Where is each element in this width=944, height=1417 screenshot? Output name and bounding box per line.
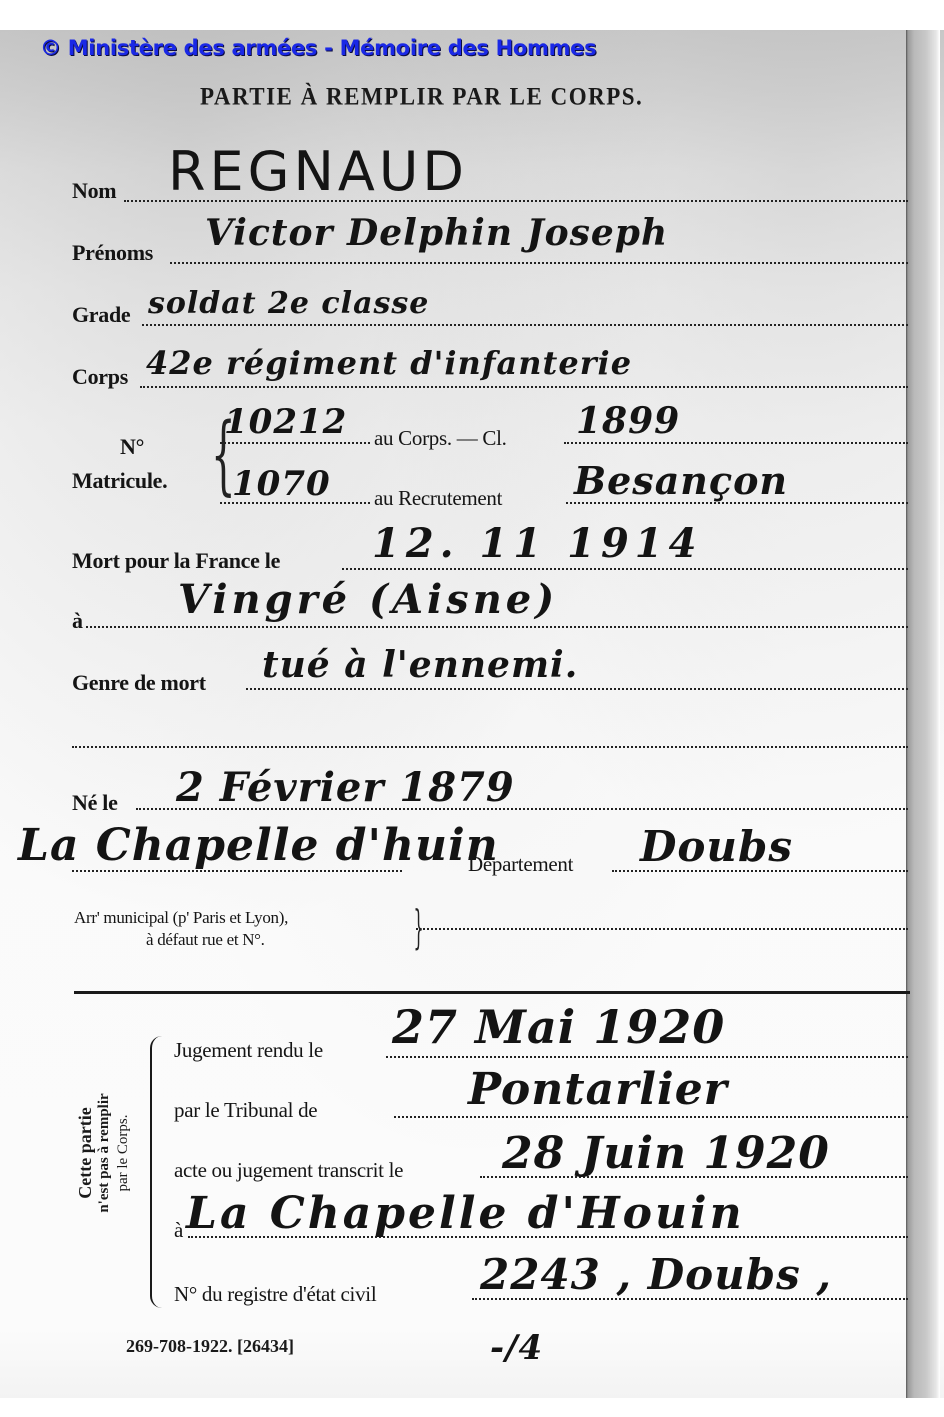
tribunal-label: par le Tribunal de [174,1098,317,1123]
side-note: Cette partie n'est pas à remplir par le … [76,1058,133,1248]
corps-number-line [220,442,370,444]
grade-value: soldat 2e classe [148,286,429,321]
death-date-line [342,568,908,570]
transcription-date-label: acte ou jugement transcrit le [174,1158,403,1183]
transcription-place-value: La Chapelle d'Houin [186,1188,745,1239]
form-header: PARTIE À REMPLIR PAR LE CORPS. [200,83,643,112]
department-label: Département [468,852,573,877]
classe-line [564,442,908,444]
tribunal-value: Pontarlier [468,1064,728,1115]
registry-label: N° du registre d'état civil [174,1282,376,1307]
death-type-label: Genre de mort [72,670,206,696]
judgment-date-label: Jugement rendu le [174,1038,323,1063]
prenoms-line [170,262,908,264]
arrondissement-label-1: Arr' municipal (p' Paris et Lyon), [74,908,288,928]
prenoms-value: Victor Delphin Joseph [205,212,668,254]
grade-label: Grade [72,302,130,328]
nom-label: Nom [72,178,116,204]
side-note-line-1: Cette partie [76,1058,95,1248]
classe-value: 1899 [576,400,680,442]
form-reference-code: 269-708-1922. [26434] [126,1336,294,1357]
nom-value: REGNAUD [168,140,468,203]
death-place-value: Vingré (Aisne) [178,576,558,623]
death-type-line [246,688,908,690]
arrondissement-label-2: à défaut rue et N°. [146,930,265,950]
corps-value: 42e régiment d'infanterie [146,344,632,382]
tribunal-line [394,1116,908,1118]
side-note-line-3: par le Corps. [114,1058,133,1248]
birth-date-value: 2 Février 1879 [176,764,515,811]
recrutement-place-value: Besançon [574,458,788,503]
page-edge [906,30,940,1398]
arrondissement-brace: } [414,904,424,950]
transcription-place-label: à [174,1218,183,1243]
birth-place-value: La Chapelle d'huin [18,820,499,871]
death-date-value: 12. 11 1914 [372,520,702,567]
corps-line [140,386,908,388]
grade-line [142,324,908,326]
corps-class-label: au Corps. — Cl. [374,426,507,451]
registry-value: 2243 , Doubs , [480,1250,832,1299]
matricule-label: Matricule. [72,468,167,494]
death-place-line [86,626,908,628]
section-divider [74,991,910,994]
handwritten-annotation: -/4 [490,1328,543,1368]
blank-line [72,746,908,748]
transcription-date-value: 28 Juin 1920 [502,1128,830,1179]
judgment-date-line [386,1056,908,1058]
death-type-value: tué à l'ennemi. [262,644,578,686]
birth-date-label: Né le [72,790,118,816]
death-date-label: Mort pour la France le [72,548,280,574]
judgment-brace [150,1036,162,1308]
matricule-label-no: N° [120,434,144,460]
copyright-watermark: © Ministère des armées - Mémoire des Hom… [40,36,596,60]
prenoms-label: Prénoms [72,240,153,266]
department-value: Doubs [640,822,793,871]
side-note-line-2: n'est pas à remplir [95,1058,114,1248]
corps-label: Corps [72,364,128,390]
corps-number-value: 10212 [224,402,347,442]
death-place-label: à [72,608,83,634]
recrutement-number-value: 1070 [232,464,331,504]
arrondissement-line [416,928,908,930]
judgment-date-value: 27 Mai 1920 [392,1000,725,1054]
recrutement-label: au Recrutement [374,486,502,511]
